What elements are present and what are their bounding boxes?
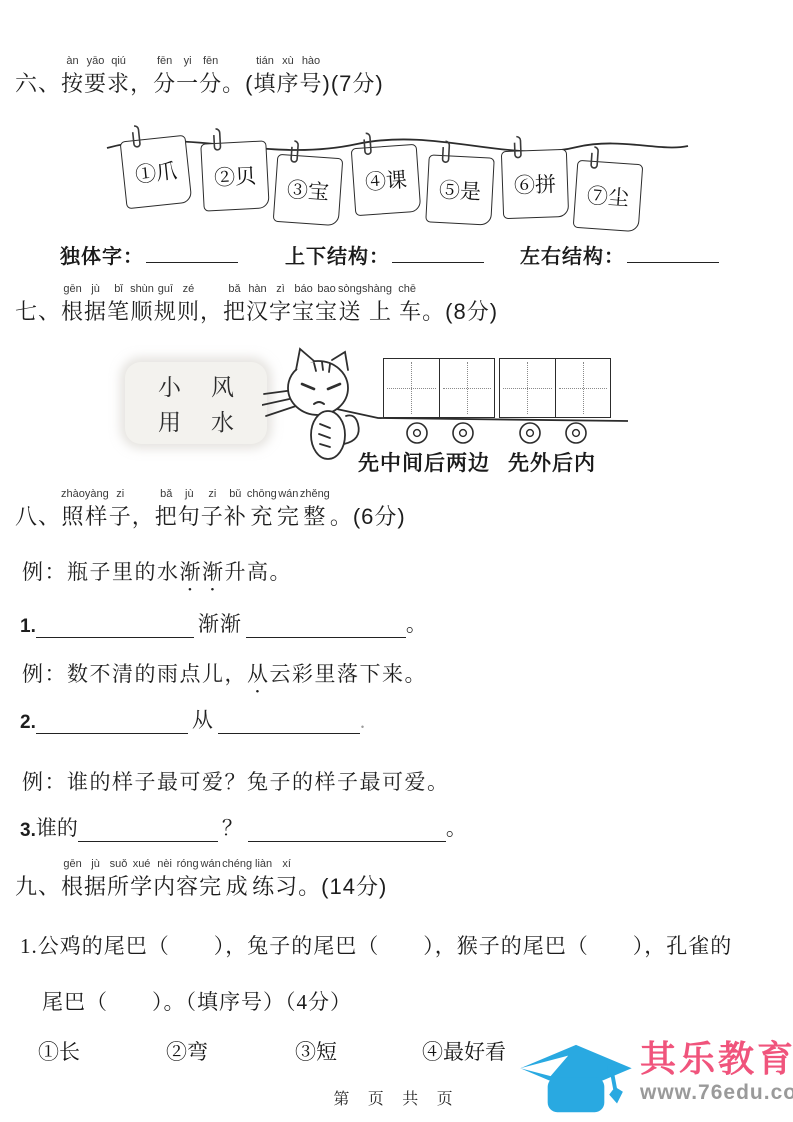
- answer-blank: [627, 240, 719, 263]
- card-label: ②贝: [213, 160, 257, 192]
- train-car-1: [383, 358, 495, 418]
- blank-shangxia: 上下结构：: [285, 240, 484, 269]
- card-label: ⑤是: [438, 174, 482, 206]
- brand-name: 其乐教育: [640, 1038, 793, 1080]
- paperclip-icon: [509, 134, 524, 160]
- cat-illustration: [262, 342, 374, 464]
- example-text: 升高。: [225, 560, 293, 584]
- period: 。: [446, 812, 467, 842]
- paperclip-icon: [437, 139, 452, 166]
- writing-grid-cell: [555, 359, 611, 417]
- stroke-rule-label-1: 先中间后两边: [358, 447, 490, 477]
- given-word: 从: [192, 704, 214, 734]
- answer-blank: [36, 615, 194, 638]
- writing-grid-cell: [500, 359, 555, 417]
- card-label: ③宝: [286, 174, 330, 207]
- answer-blank: [78, 819, 218, 842]
- example-sentence-2: 例：数不清的雨点儿，从云彩里落下来。: [22, 658, 427, 698]
- blank-label: 上下结构：: [285, 246, 390, 268]
- character-card-2: ②贝: [200, 140, 269, 211]
- section9-q1-line1: 1.公鸡的尾巴（ ），兔子的尾巴（ ），猴子的尾巴（ ），孔雀的: [20, 930, 732, 960]
- question-2: 2. 从 .: [20, 704, 365, 734]
- card-label: ⑦尘: [586, 180, 630, 213]
- blank-label: 左右结构：: [520, 246, 625, 268]
- paperclip-icon: [359, 131, 375, 158]
- period: .: [360, 709, 365, 734]
- character-card-1: ①爪: [120, 135, 193, 210]
- answer-blank: [36, 711, 188, 734]
- option-2: ②弯: [166, 1036, 208, 1066]
- character-card-7: ⑦尘: [573, 160, 644, 232]
- option-4: ④最好看: [422, 1036, 506, 1066]
- question-mark: ？: [222, 812, 244, 842]
- brand-website: www.76edu.com: [640, 1081, 793, 1105]
- section9-q1-line2: 尾巴（ ）。（填序号）（4分）: [42, 986, 352, 1016]
- given-word: 谁的: [36, 812, 78, 842]
- card-label: ①爪: [134, 155, 179, 189]
- emphasized-word: 从: [247, 662, 270, 686]
- example-sentence-3: 例：谁的样子最可爱？兔子的样子最可爱。: [22, 766, 450, 796]
- example-text: 例：瓶子里的水: [22, 560, 180, 584]
- character-card-5: ⑤是: [425, 154, 494, 225]
- character-card-4: ④课: [351, 144, 422, 216]
- emphasized-word: 渐渐: [180, 560, 225, 584]
- question-number: 1.: [20, 616, 36, 638]
- question-number: 2.: [20, 712, 36, 734]
- given-word: 渐渐: [198, 608, 242, 638]
- blank-zuoyou: 左右结构：: [520, 240, 719, 269]
- answer-blank: [248, 819, 446, 842]
- paperclip-icon: [286, 138, 302, 165]
- option-1: ①长: [38, 1036, 80, 1066]
- writing-grid-cell: [384, 359, 439, 417]
- cat-train-illustration: 小 风 用 水: [110, 342, 690, 480]
- writing-grid-cell: [439, 359, 495, 417]
- answer-blank: [218, 711, 360, 734]
- character-card-3: ③宝: [273, 154, 344, 226]
- brand-logo: 其乐教育 www.76edu.com: [516, 1038, 793, 1122]
- train-car-2: [499, 358, 611, 418]
- question-number: 3.: [20, 820, 36, 842]
- section8-heading: 八、zhào照yàng样zi子，bǎ把jù句zi子bǔ补chōng充wán完zh…: [15, 488, 406, 530]
- hanging-cards-illustration: ①爪 ②贝 ③宝 ④课 ⑤是: [105, 120, 690, 240]
- option-row: ①长 ②弯 ③短 ④最好看: [38, 1036, 598, 1066]
- paperclip-icon: [127, 123, 144, 150]
- period: 。: [406, 608, 427, 638]
- example-text: 例：数不清的雨点儿，: [22, 662, 247, 686]
- answer-blank: [392, 240, 484, 263]
- stroke-rule-label-2: 先外后内: [508, 447, 596, 477]
- section9-heading: 九、gēn根jù据suǒ所xué学nèi内róng容wán完chéng成liàn…: [15, 858, 387, 900]
- example-text: 云彩里落下来。: [270, 662, 428, 686]
- answer-blank: [246, 615, 406, 638]
- example-sentence-1: 例：瓶子里的水渐渐升高。: [22, 556, 292, 596]
- card-label: ④课: [364, 164, 408, 197]
- worksheet-page: 六、àn按yāo要qiú求，fēn分yi一fēn分。(tián填xù序hào号)…: [0, 0, 793, 1122]
- example-text: 例：谁的样子最可爱？兔子的样子最可爱。: [22, 770, 450, 794]
- option-3: ③短: [295, 1036, 337, 1066]
- blank-label: 独体字：: [60, 246, 144, 268]
- question-1: 1. 渐渐 。: [20, 608, 427, 638]
- section7-heading: 七、gēn根jù据bǐ笔shùn顺guī规zé则，bǎ把hàn汉zì字báo宝b…: [15, 283, 498, 325]
- section6-heading: 六、àn按yāo要qiú求，fēn分yi一fēn分。(tián填xù序hào号)…: [15, 55, 384, 97]
- paperclip-icon: [586, 144, 602, 171]
- answer-blank: [146, 240, 238, 263]
- question-3: 3. 谁的 ？ 。: [20, 812, 467, 842]
- blank-duti-zi: 独体字：: [60, 240, 238, 269]
- card-label: ⑥拼: [513, 168, 556, 199]
- paperclip-icon: [208, 127, 223, 154]
- character-card-6: ⑥拼: [501, 149, 569, 219]
- graduation-cap-icon: [516, 1038, 636, 1122]
